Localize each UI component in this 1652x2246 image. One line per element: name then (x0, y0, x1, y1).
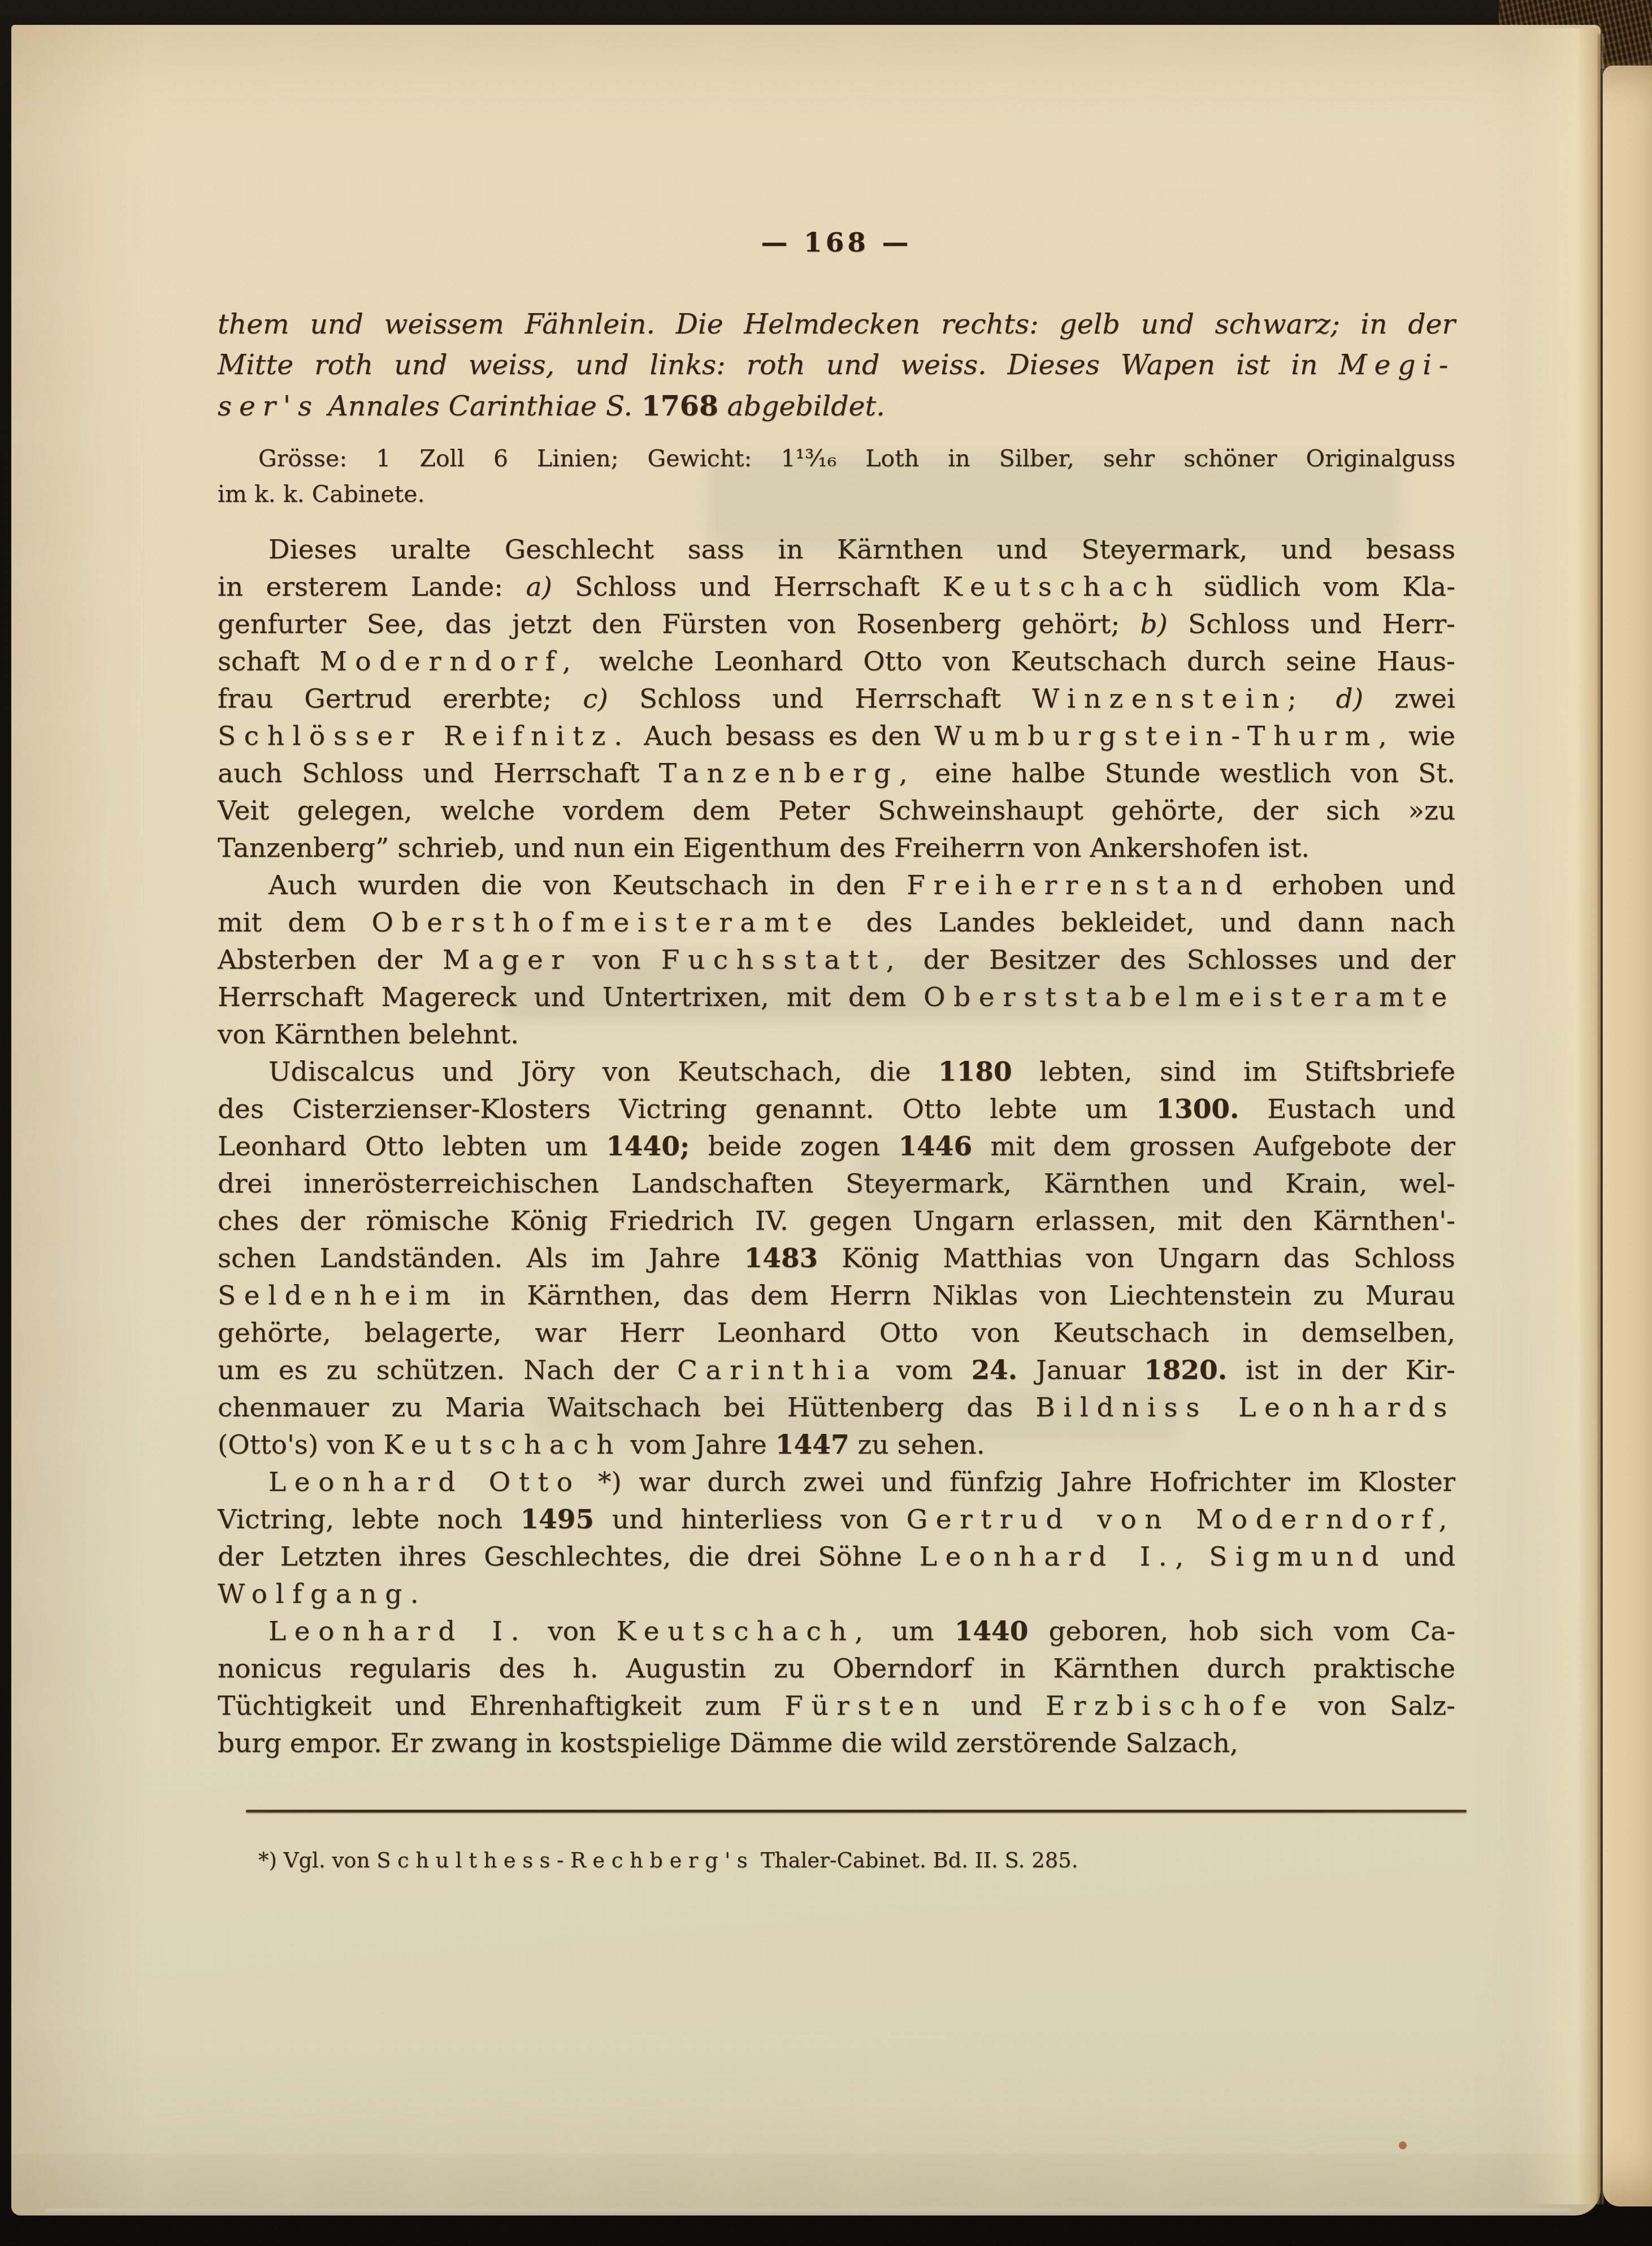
text-run: burg empor. Er zwang in kostspielige Däm… (218, 1728, 1238, 1759)
text-run: König Matthias von Ungarn das Schloss (818, 1243, 1455, 1274)
text-line: Dieses uralte Geschlecht sass in Kärnthe… (218, 531, 1455, 569)
text-run: und (1387, 1541, 1455, 1572)
text-run: frau Gertrud ererbte; (218, 683, 583, 714)
text-line: der Letzten ihres Geschlechtes, die drei… (218, 1538, 1455, 1576)
text-run: Oberststabelmeisteramte (923, 982, 1455, 1013)
text-run: Freiherrenstand (907, 870, 1251, 901)
text-run: Leonhard I., (920, 1541, 1192, 1572)
text-line: (Otto's) von Keutschach vom Jahre 1447 z… (218, 1426, 1455, 1464)
text-run: mit dem (218, 907, 371, 938)
text-line: auch Schloss und Herrschaft Tanzenberg, … (218, 755, 1455, 792)
page-number: — 168 — (218, 227, 1455, 258)
text-run: um (871, 1616, 955, 1647)
text-run: von (527, 1616, 616, 1647)
text-run: des Landes bekleidet, und dann nach (840, 907, 1455, 938)
text-run: abgebildet. (718, 390, 885, 422)
paragraph: Dieses uralte Geschlecht sass in Kärnthe… (218, 531, 1455, 867)
text-run: 1440 (955, 1616, 1029, 1647)
text-run: b) (1141, 609, 1168, 640)
text-run: c) (583, 683, 608, 714)
text-run: Schulthess-Rechberg's (376, 1848, 754, 1872)
text-line: nonicus regularis des h. Augustin zu Obe… (218, 1650, 1455, 1688)
text-run: Bildniss Leonhards (1035, 1392, 1455, 1423)
text-run: Erzbischofe (1046, 1690, 1295, 1722)
text-run: Tanzenberg, (659, 758, 916, 789)
text-run: Tanzenberg” schrieb, und nun ein Eigenth… (218, 833, 1310, 864)
text-run: Januar (1017, 1355, 1144, 1386)
text-run: Auch besass es den (631, 721, 934, 752)
text-run: in Kärnthen, das dem Herrn Niklas von Li… (459, 1280, 1455, 1311)
text-run: Udiscalcus und Jöry von Keutschach, die (268, 1056, 938, 1087)
paragraph: *) Vgl. von Schulthess-Rechberg's Thaler… (218, 1847, 1455, 1874)
text-run: Keutschach (383, 1429, 622, 1460)
text-run: Wolfgang. (218, 1579, 427, 1610)
text-run: 1768 (641, 389, 718, 422)
text-line: Leonhard Otto lebten um 1440; beide zoge… (218, 1128, 1455, 1165)
paragraph: Auch wurden die von Keutschach in den Fr… (218, 867, 1455, 1053)
text-run: 1440; (606, 1131, 690, 1162)
text-run: Leonhard I. (268, 1616, 527, 1647)
text-run: 1820. (1144, 1355, 1227, 1386)
text-run: und hinterliess von (594, 1504, 907, 1535)
page-stack-edge (45, 2209, 1571, 2215)
text-line: Udiscalcus und Jöry von Keutschach, die … (218, 1053, 1455, 1091)
text-run: Absterben der (218, 944, 443, 975)
footnote-rule (246, 1810, 1467, 1813)
text-run: von (572, 944, 661, 975)
text-run: *) Vgl. von (258, 1848, 376, 1872)
text-run: d) (1336, 683, 1363, 714)
text-line: gehörte, belagerte, war Herr Leonhard Ot… (218, 1315, 1455, 1352)
text-run (1192, 1541, 1209, 1572)
text-run: Schloss und Herr- (1168, 609, 1455, 640)
text-run: Carinthia (677, 1355, 878, 1386)
text-line: chenmauer zu Maria Waitschach bei Hütten… (218, 1389, 1455, 1426)
text-line: schen Landständen. Als im Jahre 1483 Kön… (218, 1240, 1455, 1277)
text-run: in ersterem Lande: (218, 571, 526, 602)
text-run: schaft (218, 646, 320, 677)
text-run: genfurter See, das jetzt den Fürsten von… (218, 609, 1141, 640)
text-run: 1446 (898, 1131, 972, 1162)
text-run: Mitte roth und weiss, und links: roth un… (218, 349, 1339, 381)
text-run: drei innerösterreichischen Landschaften … (218, 1168, 1455, 1199)
text-run: Schloss und Herrschaft (552, 571, 943, 602)
text-run: zwei (1363, 683, 1455, 714)
text-run: Eustach und (1239, 1094, 1455, 1125)
text-run: wie (1395, 721, 1455, 752)
text-run: 24. (971, 1355, 1017, 1386)
text-run: ist in der Kir- (1227, 1355, 1455, 1386)
text-run: gehörte, belagerte, war Herr Leonhard Ot… (218, 1317, 1455, 1349)
text-run: Obersthofmeisteramte (371, 907, 840, 938)
text-run: chenmauer zu Maria Waitschach bei Hütten… (218, 1392, 1035, 1423)
text-run: schen Landständen. Als im Jahre (218, 1243, 744, 1274)
text-line: Auch wurden die von Keutschach in den Fr… (218, 867, 1455, 904)
text-run: 1495 (520, 1504, 594, 1535)
text-run: Tüchtigkeit und Ehrenhaftigkeit zum (218, 1690, 784, 1722)
text-run: nonicus regularis des h. Augustin zu Obe… (218, 1653, 1455, 1684)
text-run: Leonhard Otto lebten um (218, 1131, 606, 1162)
text-run: 1300. (1156, 1094, 1239, 1125)
text-line: um es zu schützen. Nach der Carinthia vo… (218, 1352, 1455, 1389)
footnote: *) Vgl. von Schulthess-Rechberg's Thaler… (218, 1847, 1455, 1874)
text-run: Auch wurden die von Keutschach in den (268, 870, 907, 901)
text-line: Wolfgang. (218, 1576, 1455, 1613)
text-run: 1180 (938, 1056, 1012, 1087)
text-line: im k. k. Cabinete. (218, 476, 1455, 512)
text-run: vom (878, 1355, 971, 1386)
text-run: von Kärnthen belehnt. (218, 1019, 519, 1050)
text-run: Thaler-Cabinet. Bd. II. S. 285. (754, 1848, 1078, 1872)
paragraph: Leonhard I. von Keutschach, um 1440 gebo… (218, 1613, 1455, 1762)
book-page: — 168 — them und weissem Fähnlein. Die H… (11, 25, 1601, 2215)
text-line: von Kärnthen belehnt. (218, 1016, 1455, 1053)
text-run: Victring, lebte noch (218, 1504, 520, 1535)
text-line: genfurter See, das jetzt den Fürsten von… (218, 606, 1455, 643)
text-run: them und weissem Fähnlein. Die Helmdecke… (218, 308, 1455, 340)
text-run: Schloss und Herrschaft (608, 683, 1032, 714)
text-line: Schlösser Reifnitz. Auch besass es den W… (218, 718, 1455, 755)
paragraph: Udiscalcus und Jöry von Keutschach, die … (218, 1053, 1455, 1464)
text-run: vom Jahre (622, 1429, 775, 1460)
text-line: Leonhard I. von Keutschach, um 1440 gebo… (218, 1613, 1455, 1650)
text-run: der Letzten ihres Geschlechtes, die drei… (218, 1541, 920, 1572)
text-line: schaft Moderndorf, welche Leonhard Otto … (218, 643, 1455, 680)
text-run: erhoben und (1251, 870, 1455, 901)
text-run: Gertrud von Moderndorf, (907, 1504, 1455, 1535)
paragraph: Leonhard Otto *) war durch zwei und fünf… (218, 1464, 1455, 1613)
text-line: des Cisterzienser-Klosters Victring gena… (218, 1091, 1455, 1128)
text-run: Seldenheim (218, 1280, 459, 1311)
text-run: ser's (218, 390, 319, 422)
continuation-paragraph-italic: them und weissem Fähnlein. Die Helmdecke… (218, 304, 1455, 427)
text-line: Tüchtigkeit und Ehrenhaftigkeit zum Fürs… (218, 1688, 1455, 1725)
text-line: *) Vgl. von Schulthess-Rechberg's Thaler… (218, 1847, 1455, 1874)
text-run: südlich vom Kla- (1181, 571, 1455, 602)
text-run: Megi- (1339, 349, 1455, 381)
text-run: (Otto's) von (218, 1429, 383, 1460)
text-line: burg empor. Er zwang in kostspielige Däm… (218, 1725, 1455, 1762)
text-run: Fuchsstatt, (661, 944, 903, 975)
text-run: Dieses uralte Geschlecht sass in Kärnthe… (268, 534, 1455, 565)
adjacent-page-edge (1603, 66, 1652, 2206)
text-line: ser's Annales Carinthiae S. 1768 abgebil… (218, 385, 1455, 427)
text-run: Keutschach, (616, 1616, 871, 1647)
text-run: der Besitzer des Schlosses und der (903, 944, 1455, 975)
text-line: Veit gelegen, welche vordem dem Peter Sc… (218, 792, 1455, 830)
text-run: 1447 (775, 1429, 849, 1460)
text-run: 1483 (744, 1243, 818, 1274)
text-run: Fürsten (784, 1690, 947, 1722)
text-run: ches der römische König Friedrich IV. ge… (218, 1206, 1455, 1237)
text-run: *) war durch zwei und fünfzig Jahre Hofr… (581, 1467, 1455, 1498)
text-line: Grösse: 1 Zoll 6 Linien; Gewicht: 1¹³⁄₁₆… (218, 441, 1455, 476)
text-run: zu sehen. (849, 1429, 985, 1460)
text-line: them und weissem Fähnlein. Die Helmdecke… (218, 304, 1455, 345)
text-line: mit dem Obersthofmeisteramte des Landes … (218, 904, 1455, 942)
paper-speck (1399, 2141, 1407, 2149)
text-line: Absterben der Mager von Fuchsstatt, der … (218, 942, 1455, 979)
text-line: drei innerösterreichischen Landschaften … (218, 1165, 1455, 1203)
text-run: Keutschach (943, 571, 1181, 602)
text-run: und (948, 1690, 1046, 1722)
text-run: welche Leonhard Otto von Keutschach durc… (579, 646, 1455, 677)
text-line: Victring, lebte noch 1495 und hinterlies… (218, 1501, 1455, 1538)
text-run: mit dem grossen Aufgebote der (972, 1131, 1455, 1162)
text-run: beide zogen (690, 1131, 898, 1162)
text-run: im k. k. Cabinete. (218, 480, 424, 508)
text-run: von Salz- (1295, 1690, 1455, 1722)
text-line: Tanzenberg” schrieb, und nun ein Eigenth… (218, 830, 1455, 867)
text-run: Herrschaft Magereck und Untertrixen, mit… (218, 982, 923, 1013)
paragraph: them und weissem Fähnlein. Die Helmdecke… (218, 304, 1455, 427)
text-run: Annales Carinthiae S. (319, 390, 641, 422)
text-run: Moderndorf, (320, 646, 579, 677)
text-run: lebten, sind im Stiftsbriefe (1012, 1056, 1455, 1087)
text-line: in ersterem Lande: a) Schloss und Herrsc… (218, 569, 1455, 606)
text-run: Wumburgstein-Thurm, (934, 721, 1395, 752)
text-run: Veit gelegen, welche vordem dem Peter Sc… (218, 795, 1455, 826)
text-run: Schlösser Reifnitz. (218, 721, 631, 752)
text-run: Mager (443, 944, 572, 975)
text-line: ches der römische König Friedrich IV. ge… (218, 1203, 1455, 1240)
text-run: Sigmund (1209, 1541, 1387, 1572)
text-line: Mitte roth und weiss, und links: roth un… (218, 345, 1455, 385)
coin-size-weight-note: Grösse: 1 Zoll 6 Linien; Gewicht: 1¹³⁄₁₆… (218, 441, 1455, 512)
main-text-block: Dieses uralte Geschlecht sass in Kärnthe… (218, 531, 1455, 1762)
text-run: Winzenstein; (1032, 683, 1304, 714)
text-line: frau Gertrud ererbte; c) Schloss und Her… (218, 680, 1455, 718)
text-run: des Cisterzienser-Klosters Victring gena… (218, 1094, 1156, 1125)
text-run: Leonhard Otto (268, 1467, 581, 1498)
text-line: Seldenheim in Kärnthen, das dem Herrn Ni… (218, 1277, 1455, 1315)
text-run (1304, 683, 1336, 714)
text-run: geboren, hob sich vom Ca- (1028, 1616, 1455, 1647)
text-run: eine halbe Stunde westlich von St. (916, 758, 1455, 789)
scanned-book-photo: { "page": { "number": "168", "number_dis… (0, 0, 1652, 2246)
paragraph: Grösse: 1 Zoll 6 Linien; Gewicht: 1¹³⁄₁₆… (218, 441, 1455, 512)
text-run: a) (526, 571, 552, 602)
text-line: Herrschaft Magereck und Untertrixen, mit… (218, 979, 1455, 1016)
text-run: um es zu schützen. Nach der (218, 1355, 677, 1386)
text-line: Leonhard Otto *) war durch zwei und fünf… (218, 1464, 1455, 1501)
text-run: Grösse: 1 Zoll 6 Linien; Gewicht: 1¹³⁄₁₆… (258, 445, 1455, 472)
text-run: auch Schloss und Herrschaft (218, 758, 659, 789)
